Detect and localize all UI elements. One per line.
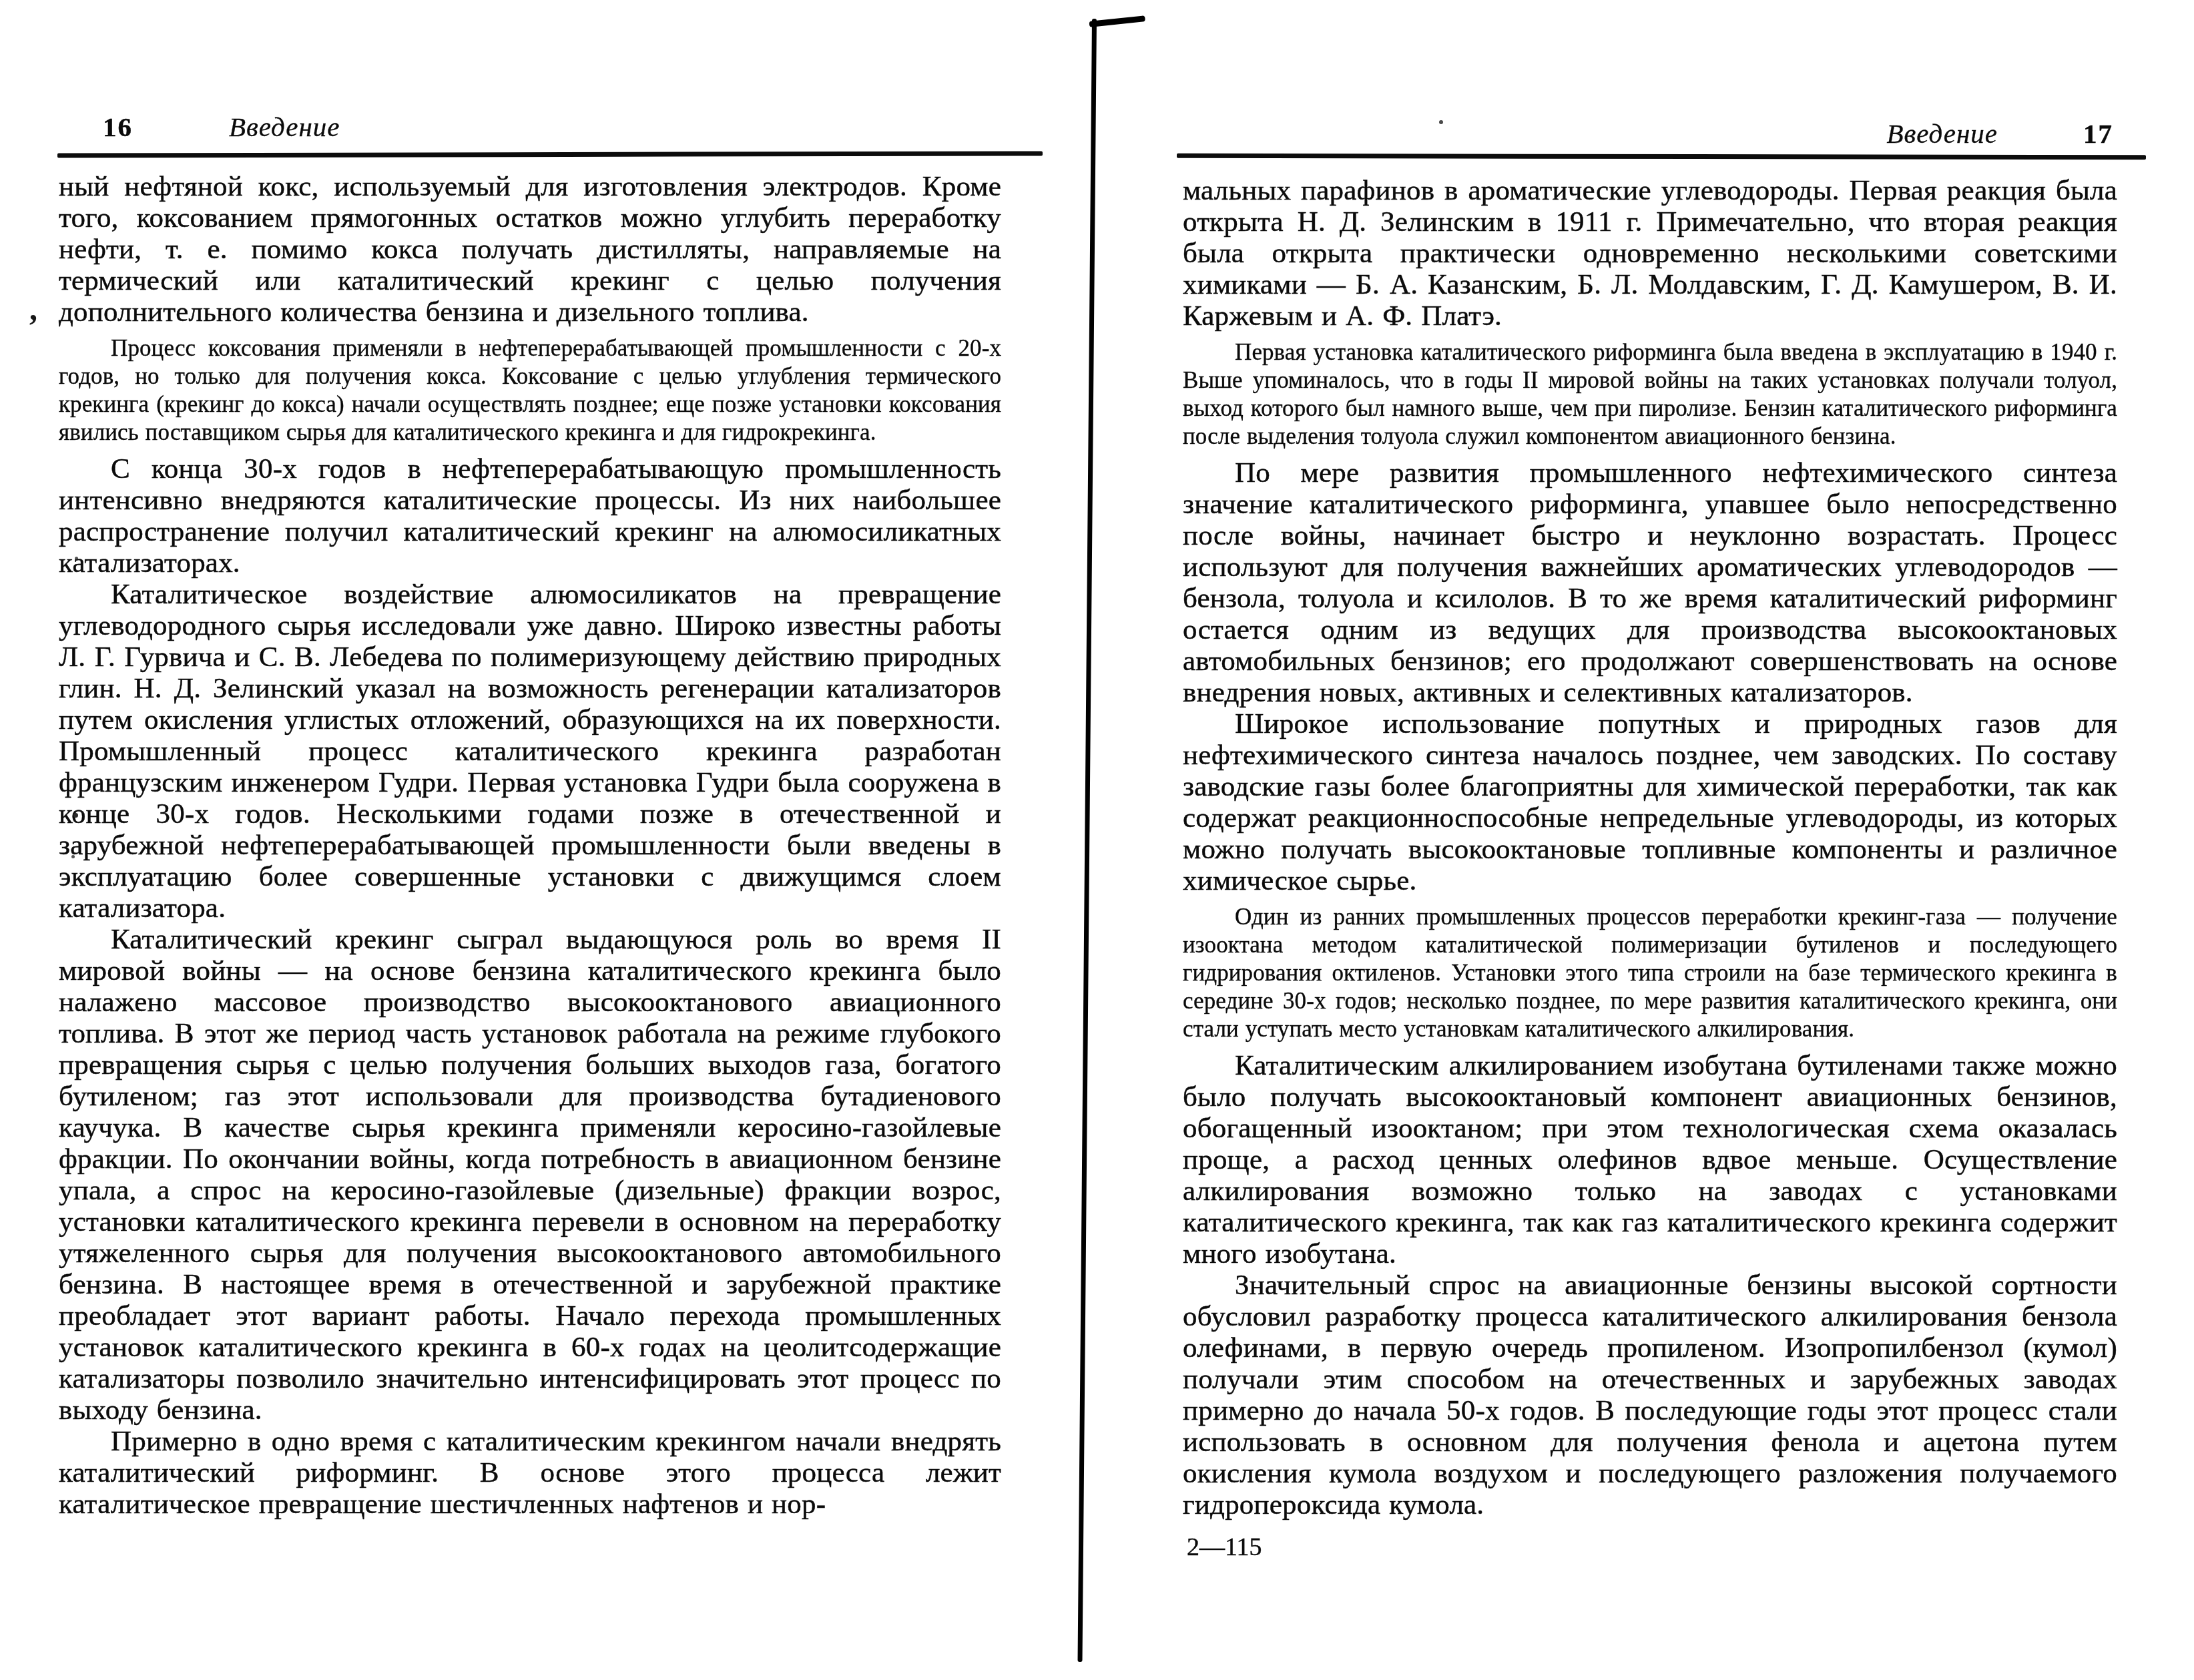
paragraph: ный нефтяной кокс, используемый для изго… <box>59 171 1001 328</box>
scan-speck <box>75 557 78 560</box>
spine-top-tick-mark <box>1089 15 1145 27</box>
book-spread-scan: 16 Введение Введение 17 ный нефтяной кок… <box>0 0 2194 1680</box>
left-page-number: 16 <box>103 111 133 143</box>
right-running-title: Введение <box>1887 117 1998 150</box>
paragraph: мальных парафинов в ароматические углево… <box>1183 175 2117 332</box>
footer-printer-mark: 2—115 <box>1183 1532 2117 1562</box>
paragraph: Примерно в одно время с каталитическим к… <box>59 1426 1001 1520</box>
right-text-column: мальных парафинов в ароматические углево… <box>1183 175 2117 1562</box>
left-page-header: 16 Введение <box>59 111 1001 143</box>
paragraph: Каталитический крекинг сыграл выдающуюся… <box>59 924 1001 1426</box>
paragraph: Значительный спрос на авиационные бензин… <box>1183 1270 2117 1520</box>
paragraph-small-print: Первая установка каталитического риформи… <box>1183 338 2117 451</box>
book-spine-line <box>1078 19 1097 1662</box>
scan-speck <box>1439 120 1443 124</box>
margin-comma-artifact: , <box>29 291 37 328</box>
paragraph-small-print: Процесс коксования применяли в нефтепере… <box>59 334 1001 447</box>
left-text-column: ный нефтяной кокс, используемый для изго… <box>59 171 1001 1520</box>
right-page-number: 17 <box>2083 117 2113 150</box>
paragraph: С конца 30-х годов в нефтеперерабатывающ… <box>59 453 1001 579</box>
paragraph: Широкое использование попутных и природн… <box>1183 708 2117 896</box>
scan-speck <box>73 813 78 818</box>
scan-speck <box>71 855 75 858</box>
left-header-rule <box>57 151 1043 158</box>
paragraph: По мере развития промышленного нефтехими… <box>1183 457 2117 708</box>
right-page-header: Введение 17 <box>1183 117 2117 150</box>
paragraph: Каталитическое воздействие алюмосиликато… <box>59 579 1001 924</box>
paragraph-small-print: Один из ранних промышленных процессов пе… <box>1183 903 2117 1043</box>
scan-speck <box>1682 717 1685 720</box>
left-running-title: Введение <box>229 111 340 143</box>
right-header-rule <box>1177 154 2146 160</box>
paragraph: Каталитическим алкилированием изобутана … <box>1183 1050 2117 1270</box>
